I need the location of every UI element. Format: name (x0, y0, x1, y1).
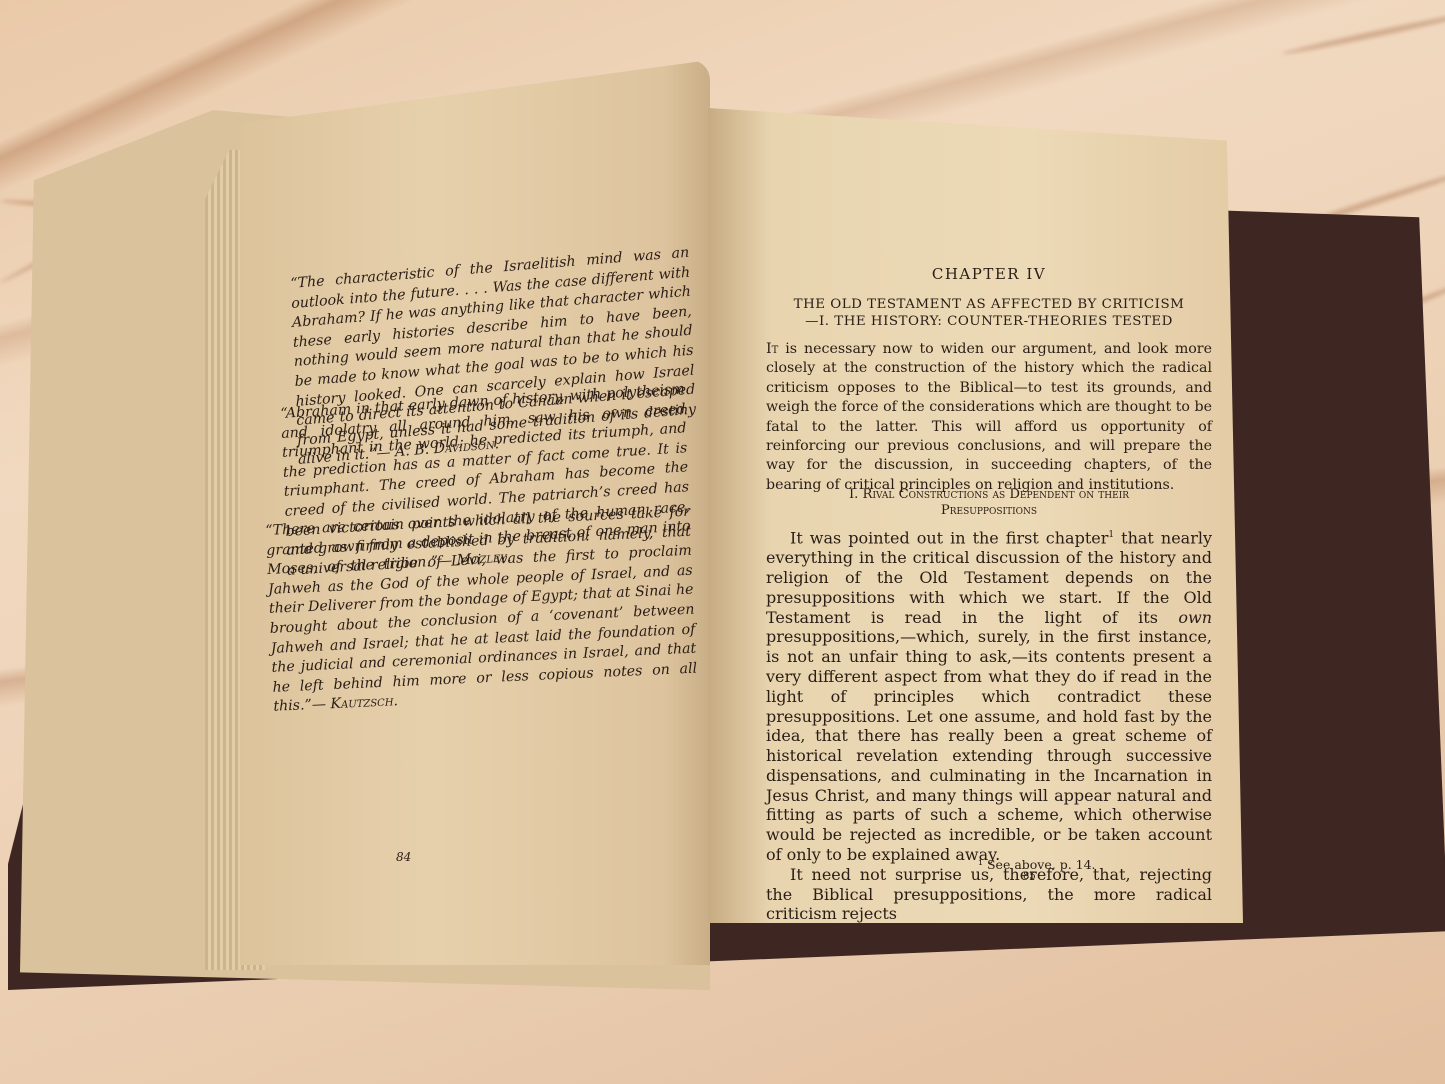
para1-text-a: It was pointed out in the first chapter (790, 528, 1108, 547)
chapter-title-line1: THE OLD TESTAMENT AS AFFECTED BY CRITICI… (766, 296, 1212, 313)
left-page: “The characteristic of the Israelitish m… (240, 60, 710, 965)
paragraph-2: It need not surprise us, therefore, that… (766, 865, 1212, 924)
page-number-right: 85 (1023, 871, 1036, 882)
quote-attribution: Kautzsch. (330, 694, 398, 713)
section-heading: I. Rival Constructions as Dependent on t… (766, 487, 1212, 518)
quote-kautzsch: “There are certain points which all the … (265, 503, 698, 718)
quote-text: “There are certain points which all the … (265, 504, 697, 715)
marble-vein (1282, 9, 1445, 56)
paragraph-1: It was pointed out in the first chapter1… (766, 526, 1212, 865)
para1-text-c: presuppositions,—which, surely, in the f… (766, 627, 1212, 864)
intro-text: is necessary now to widen our argument, … (766, 341, 1212, 493)
para1-emphasis: own (1178, 608, 1212, 627)
section-heading-line1: I. Rival Constructions as Dependent on t… (766, 487, 1212, 503)
footnote: ¹ See above, p. 14. (978, 857, 1096, 872)
chapter-heading: CHAPTER IV (766, 265, 1212, 283)
chapter-title: THE OLD TESTAMENT AS AFFECTED BY CRITICI… (766, 296, 1212, 330)
chapter-title-line2: —I. THE HISTORY: COUNTER-THEORIES TESTED (766, 313, 1212, 330)
right-page: CHAPTER IV THE OLD TESTAMENT AS AFFECTED… (708, 108, 1243, 923)
intro-paragraph: It is necessary now to widen our argumen… (766, 340, 1212, 495)
section-heading-line2: Presuppositions (766, 503, 1212, 519)
page-number-left: 84 (396, 850, 411, 864)
intro-first-word: It (766, 341, 778, 357)
